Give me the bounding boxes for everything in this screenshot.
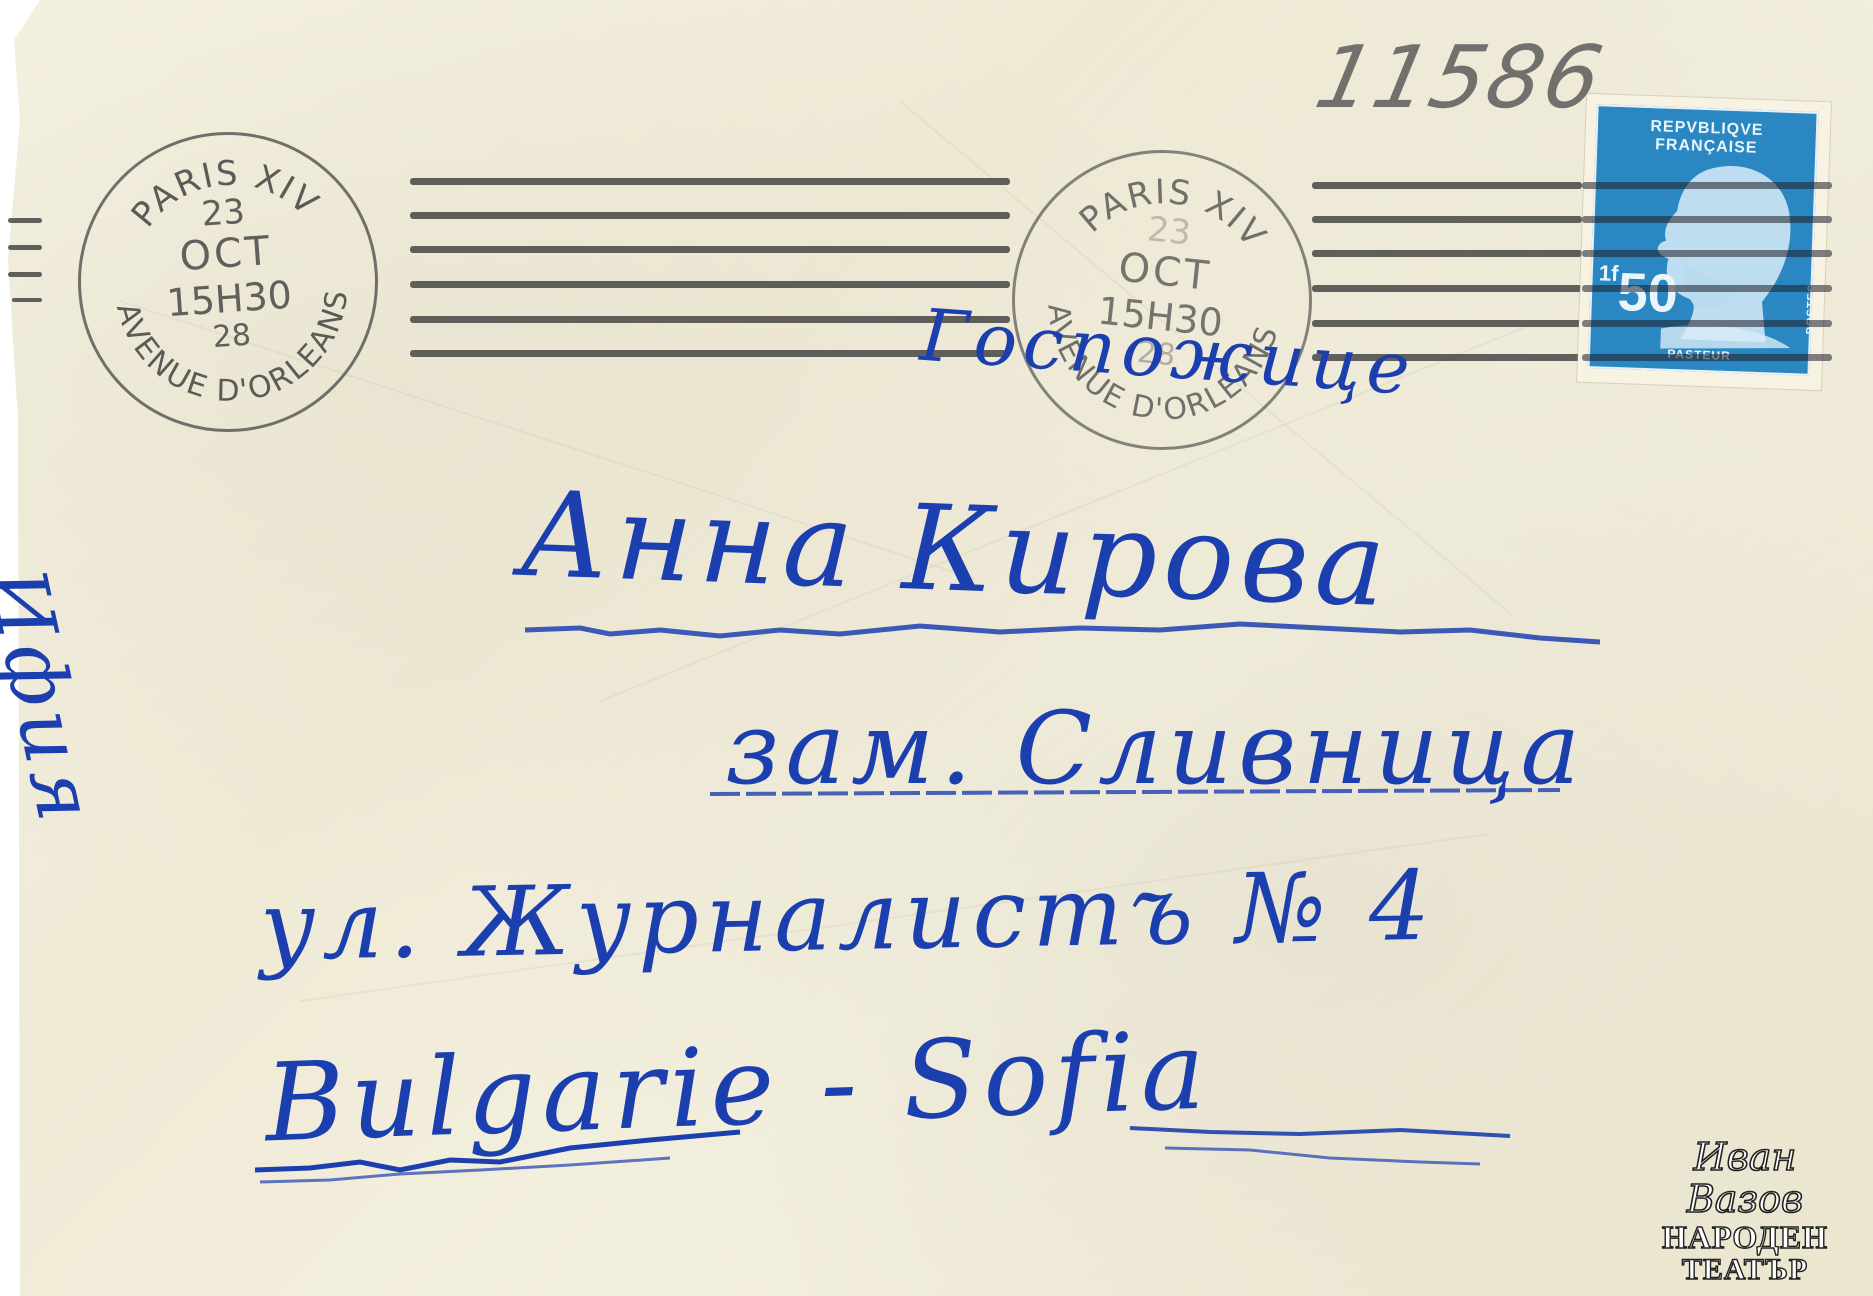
logo-line-2: ТЕАТЪР bbox=[1650, 1254, 1840, 1286]
recipient-underline bbox=[520, 610, 1620, 650]
cancel-line bbox=[8, 272, 42, 277]
cancel-line bbox=[1582, 250, 1832, 257]
postmark-left: PARIS XIV AVENUE D'ORLEANS 23 OCT 15H30 … bbox=[68, 122, 388, 442]
cancel-line bbox=[410, 281, 1010, 288]
logo-line-1: НАРОДЕН bbox=[1650, 1220, 1840, 1254]
cancel-line bbox=[8, 218, 42, 223]
cancel-line bbox=[410, 212, 1010, 219]
cancel-line bbox=[1312, 250, 1582, 257]
cancel-line bbox=[1582, 216, 1832, 223]
stamp-face: REPVBLIQVE FRANÇAISE 1f50 POSTES PASTEUR bbox=[1588, 104, 1819, 376]
cancel-line bbox=[1312, 285, 1582, 292]
cancel-line bbox=[1582, 354, 1832, 361]
postage-stamp: REPVBLIQVE FRANÇAISE 1f50 POSTES PASTEUR bbox=[1577, 94, 1831, 390]
national-theatre-logo: Иван Вазов НАРОДЕН ТЕАТЪР bbox=[1650, 1136, 1840, 1286]
stamp-denomination: 1f50 bbox=[1597, 260, 1679, 325]
cancel-line bbox=[1582, 320, 1832, 327]
archive-number: 11586 bbox=[1307, 28, 1612, 128]
cancel-line bbox=[410, 178, 1010, 185]
cancel-line bbox=[1582, 182, 1832, 189]
country-city-underline bbox=[250, 1120, 1550, 1200]
cancel-line bbox=[410, 246, 1010, 253]
cancel-line bbox=[8, 245, 42, 250]
cancel-line bbox=[12, 298, 42, 302]
logo-script-signature: Иван Вазов bbox=[1650, 1136, 1840, 1220]
cancel-line bbox=[1582, 285, 1832, 292]
cancel-line bbox=[1312, 216, 1582, 223]
cancel-line bbox=[410, 316, 1010, 323]
address-street: ул. Журналистъ № 4 bbox=[259, 850, 1437, 983]
postmark-right: PARIS XIV AVENUE D'ORLEANS 23 OCT 15H30 … bbox=[997, 135, 1327, 465]
care-of-underline bbox=[700, 780, 1580, 810]
cancel-line bbox=[1312, 182, 1582, 189]
